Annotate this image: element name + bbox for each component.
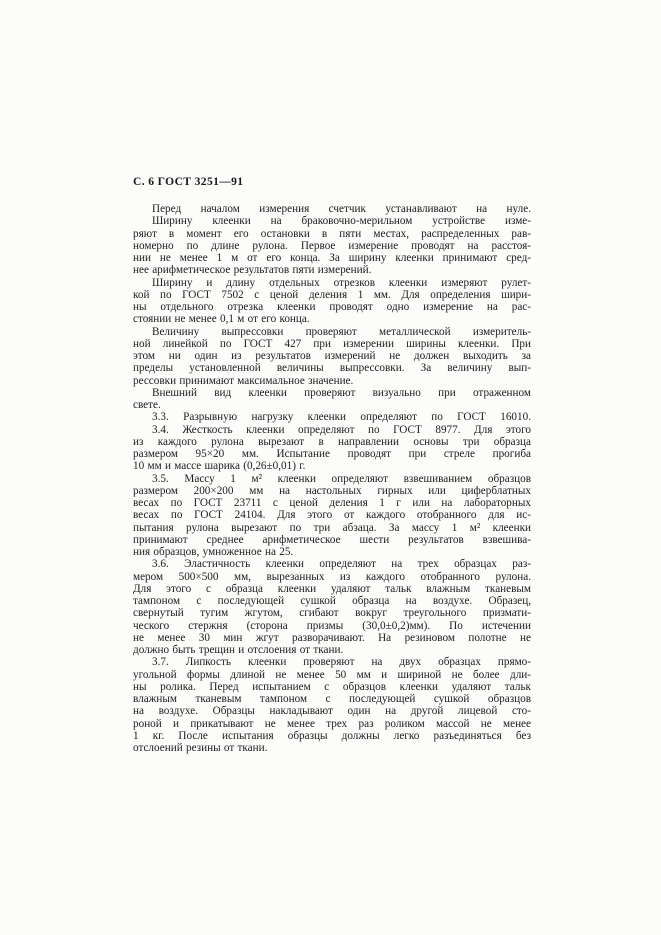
- text-line: свете.: [133, 399, 531, 411]
- text-line: 10 мм и массе шарика (0,26±0,01) г.: [133, 460, 531, 472]
- text-line: пытания рулона вырезают по три абзаца. З…: [133, 522, 531, 534]
- text-line: роной и прикатывают не менее трех раз ро…: [133, 718, 531, 730]
- text-line: Ширину клеенки на браковочно-мерильном у…: [133, 215, 531, 227]
- paragraph: 3.3. Разрывную нагрузку клеенки определя…: [133, 411, 531, 423]
- text-line: Величину выпрессовки проверяют металличе…: [133, 326, 531, 338]
- paragraph: Внешний вид клеенки проверяют визуально …: [133, 387, 531, 412]
- text-line: этом ни один из результатов измерений не…: [133, 350, 531, 362]
- paragraph: 3.7. Липкость клеенки проверяют на двух …: [133, 656, 531, 754]
- text-line: тампоном с последующей сушкой образца на…: [133, 595, 531, 607]
- text-line: 1 кг. После испытания образцы должны лег…: [133, 730, 531, 742]
- text-line: нее арифметическое результатов пяти изме…: [133, 264, 531, 276]
- body-text: Перед началом измерения счетчик устанавл…: [133, 203, 531, 754]
- text-line: 3.3. Разрывную нагрузку клеенки определя…: [133, 411, 531, 423]
- text-line: ной линейкой по ГОСТ 427 при измерении ш…: [133, 338, 531, 350]
- text-line: 3.7. Липкость клеенки проверяют на двух …: [133, 656, 531, 668]
- text-line: угольной формы длиной не менее 50 мм и ш…: [133, 669, 531, 681]
- text-line: пределы установленной величины выпрессов…: [133, 362, 531, 374]
- document-page: С. 6 ГОСТ 3251—91 Перед началом измерени…: [0, 0, 661, 935]
- text-line: мером 500×500 мм, вырезанных из каждого …: [133, 571, 531, 583]
- paragraph: 3.4. Жесткость клеенки определяют по ГОС…: [133, 424, 531, 473]
- text-line: ны отдельного отрезка клеенки проводят о…: [133, 301, 531, 313]
- paragraph: Ширину и длину отдельных отрезков клеенк…: [133, 277, 531, 326]
- text-line: стоянии не менее 0,1 м от его конца.: [133, 313, 531, 325]
- paragraph: 3.5. Массу 1 м² клеенки определяют взвеш…: [133, 473, 531, 559]
- text-line: 3.5. Массу 1 м² клеенки определяют взвеш…: [133, 473, 531, 485]
- text-line: Перед началом измерения счетчик устанавл…: [133, 203, 531, 215]
- text-line: принимают среднее арифметическое шести р…: [133, 534, 531, 546]
- text-line: 3.4. Жесткость клеенки определяют по ГОС…: [133, 424, 531, 436]
- text-line: размером 200×200 мм на настольных гирных…: [133, 485, 531, 497]
- text-line: ния образцов, умноженное на 25.: [133, 546, 531, 558]
- text-line: ны ролика. Перед испытанием с образцов к…: [133, 681, 531, 693]
- text-line: свернутый тугим жгутом, сгибают вокруг т…: [133, 607, 531, 619]
- text-line: весах по ГОСТ 24104. Для этого от каждог…: [133, 509, 531, 521]
- text-line: должно быть трещин и отслоения от ткани.: [133, 644, 531, 656]
- paragraph: Ширину клеенки на браковочно-мерильном у…: [133, 215, 531, 276]
- text-line: ческого стержня (сторона призмы (30,0±0,…: [133, 620, 531, 632]
- text-line: номерно по длине рулона. Первое измерени…: [133, 240, 531, 252]
- text-line: Для этого с образца клеенки удаляют таль…: [133, 583, 531, 595]
- text-line: весах по ГОСТ 23711 с ценой деления 1 г …: [133, 497, 531, 509]
- text-line: Ширину и длину отдельных отрезков клеенк…: [133, 277, 531, 289]
- paragraph: 3.6. Эластичность клеенки определяют на …: [133, 558, 531, 656]
- text-line: не менее 30 мин жгут разворачивают. На р…: [133, 632, 531, 644]
- text-line: на воздухе. Образцы накладывают один на …: [133, 705, 531, 717]
- text-line: ряют в момент его остановки в пяти места…: [133, 228, 531, 240]
- text-line: Внешний вид клеенки проверяют визуально …: [133, 387, 531, 399]
- text-line: кой по ГОСТ 7502 с ценой деления 1 мм. Д…: [133, 289, 531, 301]
- text-line: размером 95×20 мм. Испытание проводят пр…: [133, 448, 531, 460]
- page-header: С. 6 ГОСТ 3251—91: [133, 176, 243, 188]
- paragraph: Перед началом измерения счетчик устанавл…: [133, 203, 531, 215]
- paragraph: Величину выпрессовки проверяют металличе…: [133, 326, 531, 387]
- text-line: нии не менее 1 м от его конца. За ширину…: [133, 252, 531, 264]
- text-line: 3.6. Эластичность клеенки определяют на …: [133, 558, 531, 570]
- text-line: влажным тканевым тампоном с последующей …: [133, 693, 531, 705]
- text-line: из каждого рулона вырезают в направлении…: [133, 436, 531, 448]
- text-line: рессовки принимают максимальное значение…: [133, 375, 531, 387]
- text-line: отслоений резины от ткани.: [133, 742, 531, 754]
